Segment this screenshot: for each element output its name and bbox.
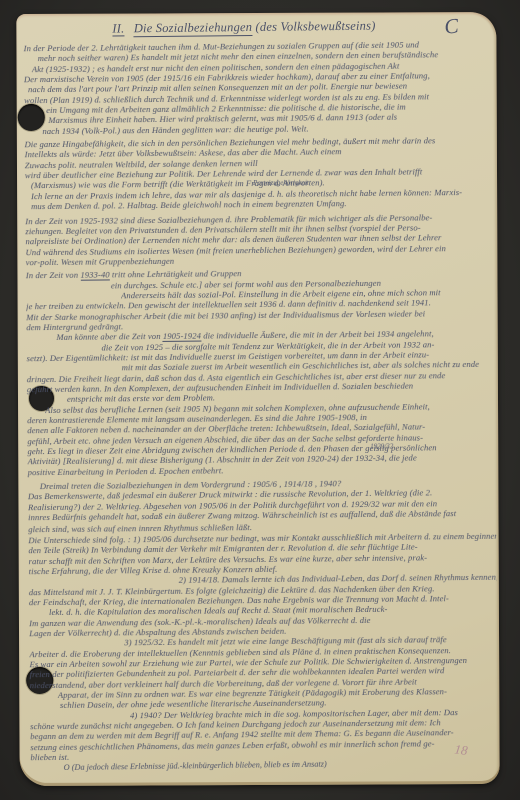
section-numeral: II.	[112, 21, 124, 36]
line-text: dem Hintergrund gedrängt.	[26, 321, 123, 332]
interlinear-date-note: 1929/32	[370, 442, 393, 450]
section-title: II. Die Sozialbeziehungen (des Volksbewu…	[112, 19, 375, 37]
section-title-suffix: (des Volksbewußtseins)	[255, 19, 375, 34]
page-number: 18	[454, 741, 469, 759]
line-text: mus dem Denken d. pol. 2. Halbtag. Beide…	[31, 198, 347, 211]
corner-mark: C	[443, 13, 460, 39]
line-text: positive Einarbeitung in Perioden d. Epo…	[28, 465, 224, 477]
photograph-background: II. Die Sozialbeziehungen (des Volksbewu…	[0, 0, 520, 800]
line-text: In der Zeit von	[25, 215, 80, 226]
line-text: In der Zeit von	[26, 270, 81, 281]
manuscript-page: II. Die Sozialbeziehungen (des Volksbewu…	[16, 12, 499, 786]
section-title-text: Die Sozialbeziehungen	[134, 20, 253, 37]
line-text: nach 1934 (Volk-Pol.) aus den Händen geg…	[42, 123, 308, 136]
interlinear-note: Parteizugehörigkeit	[253, 179, 309, 187]
line-text: blieben ist.	[30, 752, 69, 762]
manuscript-body: In der Periode der 2. Lehrtätigkeit tauc…	[24, 39, 499, 763]
line-text: vor-polit. Wesen mit Gruppenbeziehungen	[26, 256, 175, 267]
line-underlined-date: 1933-40	[80, 270, 109, 281]
line-text: Man könnte aber die Zeit von	[56, 331, 163, 342]
line-text: Es war ein Arbeiten sowohl zur	[29, 658, 142, 669]
